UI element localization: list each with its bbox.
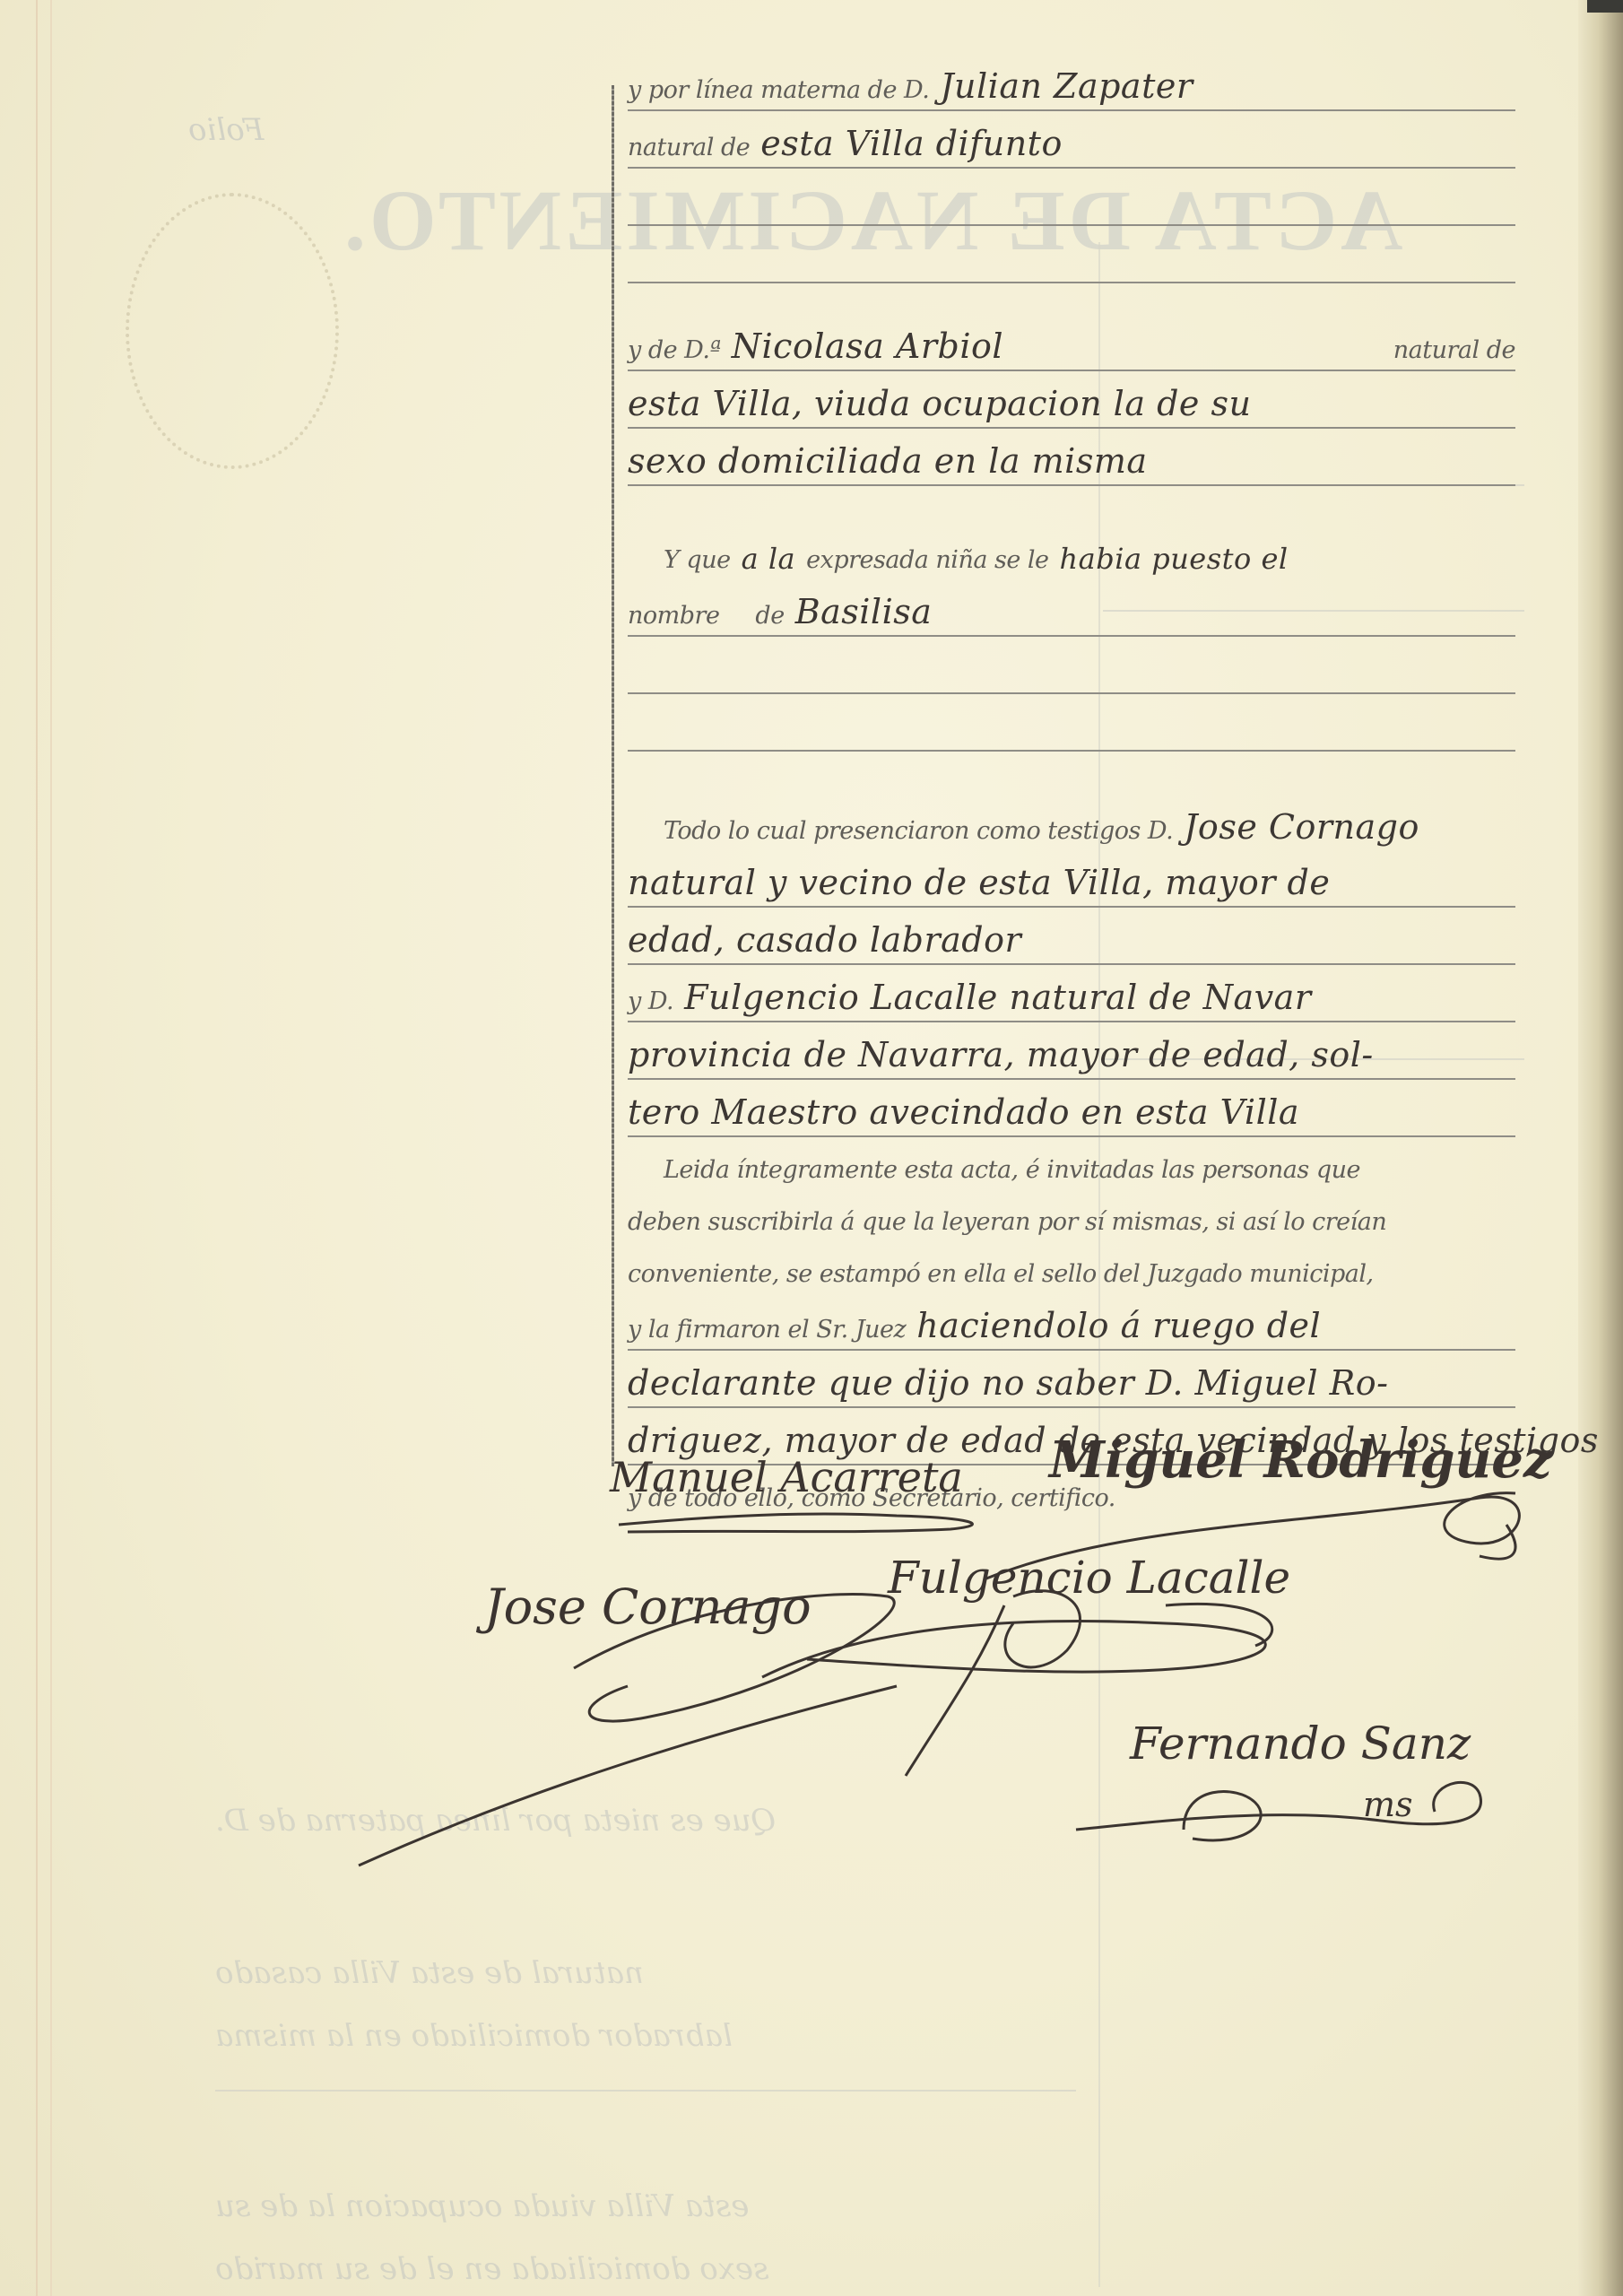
document-page: ACTA DE NACIMIENTO. Folio Que es nieta p…: [0, 0, 1623, 2296]
signature-flourishes: [0, 0, 1623, 2296]
